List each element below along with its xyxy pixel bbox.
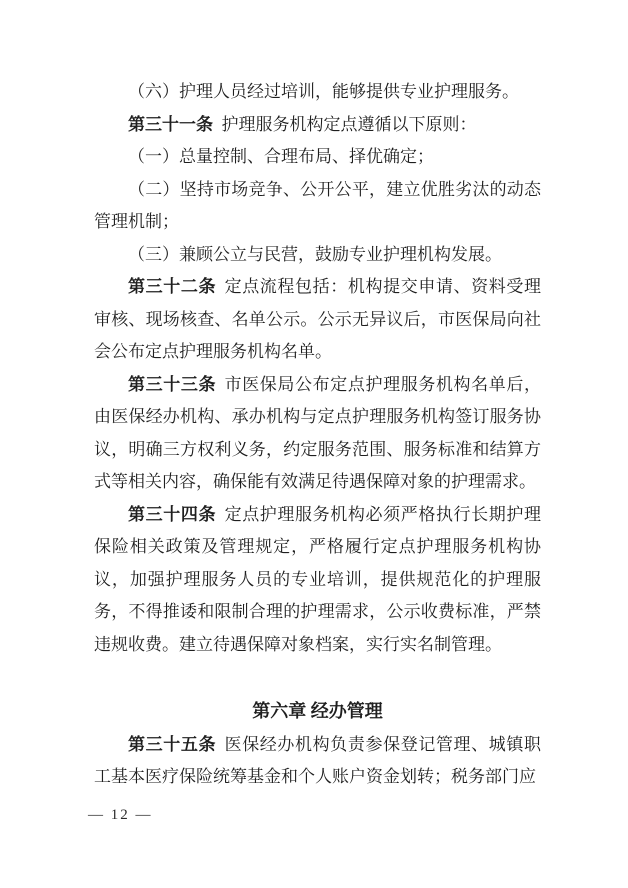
- article-number: 第三十一条: [128, 115, 213, 134]
- document-body: （六）护理人员经过培训，能够提供专业护理服务。 第三十一条护理服务机构定点遵循以…: [94, 76, 541, 794]
- article-number: 第三十五条: [128, 735, 216, 754]
- paragraph-text: 定点护理服务机构必须严格执行长期护理保险相关政策及管理规定，严格履行定点护理服务…: [94, 505, 541, 654]
- paragraph-text: （六）护理人员经过培训，能够提供专业护理服务。: [128, 82, 519, 101]
- paragraph-item-3: （三）兼顾公立与民营，鼓励专业护理机构发展。: [94, 239, 541, 272]
- paragraph-text: （一）总量控制、合理布局、择优确定；: [128, 147, 434, 166]
- paragraph-article-33: 第三十三条市医保局公布定点护理服务机构名单后，由医保经办机构、承办机构与定点护理…: [94, 369, 541, 499]
- article-number: 第三十三条: [128, 375, 216, 394]
- paragraph-item-1: （一）总量控制、合理布局、择优确定；: [94, 141, 541, 174]
- article-number: 第三十二条: [128, 277, 216, 296]
- paragraph-article-35: 第三十五条医保经办机构负责参保登记管理、城镇职工基本医疗保险统筹基金和个人账户资…: [94, 729, 541, 794]
- paragraph-text: （三）兼顾公立与民营，鼓励专业护理机构发展。: [128, 245, 502, 264]
- paragraph-text: 护理服务机构定点遵循以下原则：: [222, 115, 477, 134]
- chapter-heading: 第六章 经办管理: [94, 695, 541, 728]
- paragraph-text: （二）坚持市场竞争、公开公平，建立优胜劣汰的动态管理机制；: [94, 180, 541, 232]
- paragraph-article-31: 第三十一条护理服务机构定点遵循以下原则：: [94, 109, 541, 142]
- page-number: — 12 —: [88, 805, 153, 825]
- article-number: 第三十四条: [128, 505, 216, 524]
- paragraph-item-2: （二）坚持市场竞争、公开公平，建立优胜劣汰的动态管理机制；: [94, 174, 541, 239]
- paragraph-item-6: （六）护理人员经过培训，能够提供专业护理服务。: [94, 76, 541, 109]
- paragraph-article-32: 第三十二条定点流程包括：机构提交申请、资料受理审核、现场核查、名单公示。公示无异…: [94, 271, 541, 369]
- paragraph-article-34: 第三十四条定点护理服务机构必须严格执行长期护理保险相关政策及管理规定，严格履行定…: [94, 499, 541, 662]
- document-page: （六）护理人员经过培训，能够提供专业护理服务。 第三十一条护理服务机构定点遵循以…: [0, 0, 628, 888]
